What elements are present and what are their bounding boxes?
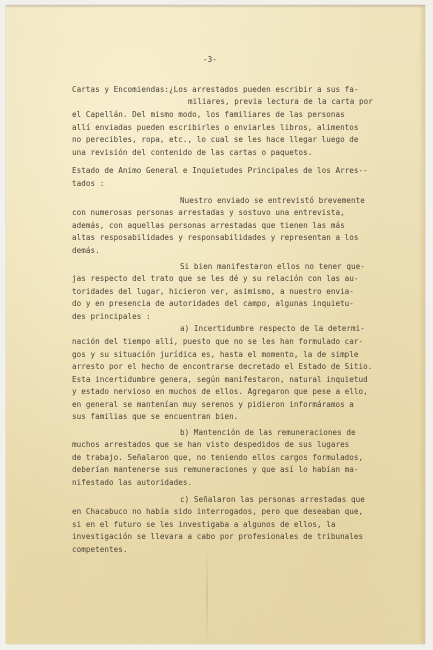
page-number: -3- (203, 54, 217, 67)
text-line: en general se mantenían muy serenos y pi… (72, 399, 354, 412)
text-line: gos y su situación jurídica es, hasta el… (72, 349, 359, 362)
text-line: des principales : (72, 311, 151, 324)
text-line: investigación se llevara a cabo por prof… (72, 531, 363, 544)
text-line: no perecibles, ropa, etc., lo cual se le… (72, 134, 359, 147)
text-line: miliares, previa lectura de la carta por (188, 96, 373, 109)
text-line: Nuestro enviado se entrevistó brevemente (180, 195, 365, 208)
text-line: el Capellán. Del mismo modo, los familia… (72, 109, 345, 122)
text-line: y estado nervioso en muchos de ellos. Ag… (72, 386, 368, 399)
text-line: de trabajo. Señalaron que, no teniendo e… (72, 452, 363, 465)
text-line: además, con aquellas personas arrestadas… (72, 220, 345, 233)
text-line: si en el futuro se les investigaba a alg… (72, 519, 335, 532)
text-line: toridades del lugar, hicieron ver, asimi… (72, 286, 354, 299)
text-line: jas respecto del trato que se les dé y s… (72, 273, 359, 286)
text-line: en Chacabuco no había sido interrogados,… (72, 506, 363, 519)
text-line: nación del tiempo allí, puesto que no se… (72, 336, 363, 349)
text-line: sus familias que se encuentran bien. (72, 411, 238, 424)
text-line: altas resposabilidades y responsabilidad… (72, 232, 359, 245)
text-line: con numerosas personas arrestadas y sost… (72, 207, 345, 220)
text-line: a) Incertidumbre respecto de la determi- (180, 323, 365, 336)
text-line: do y en presencia de autoridades del cam… (72, 298, 354, 311)
text-line: c) Señalaron las personas arrestadas que (180, 494, 365, 507)
text-line: Si bien manifestaron ellos no tener que- (180, 261, 365, 274)
text-line: demás. (72, 245, 100, 258)
text-line: deberían mantenerse sus remuneraciones y… (72, 464, 359, 477)
text-line: nifestado las autoridades. (72, 477, 192, 490)
paper-fold (206, 545, 208, 645)
text-line: una revisión del contenido de las cartas… (72, 147, 312, 160)
text-line: arresto por el hecho de encontrarse decr… (72, 361, 372, 374)
text-line: Cartas y Encomiendas:¿Los arrestados pue… (72, 84, 359, 97)
text-line: tados : (72, 178, 104, 191)
text-line: competentes. (72, 544, 127, 557)
text-line: muchos arrestados que se han visto despe… (72, 439, 349, 452)
text-line: allí enviadas pueden escribirles o envia… (72, 122, 359, 135)
text-line: Esta incertidumbre genera, según manifes… (72, 374, 368, 387)
text-line: b) Mantención de las remuneraciones de (180, 427, 356, 440)
text-line: Estado de Animo General e Inquietudes Pr… (72, 165, 368, 178)
